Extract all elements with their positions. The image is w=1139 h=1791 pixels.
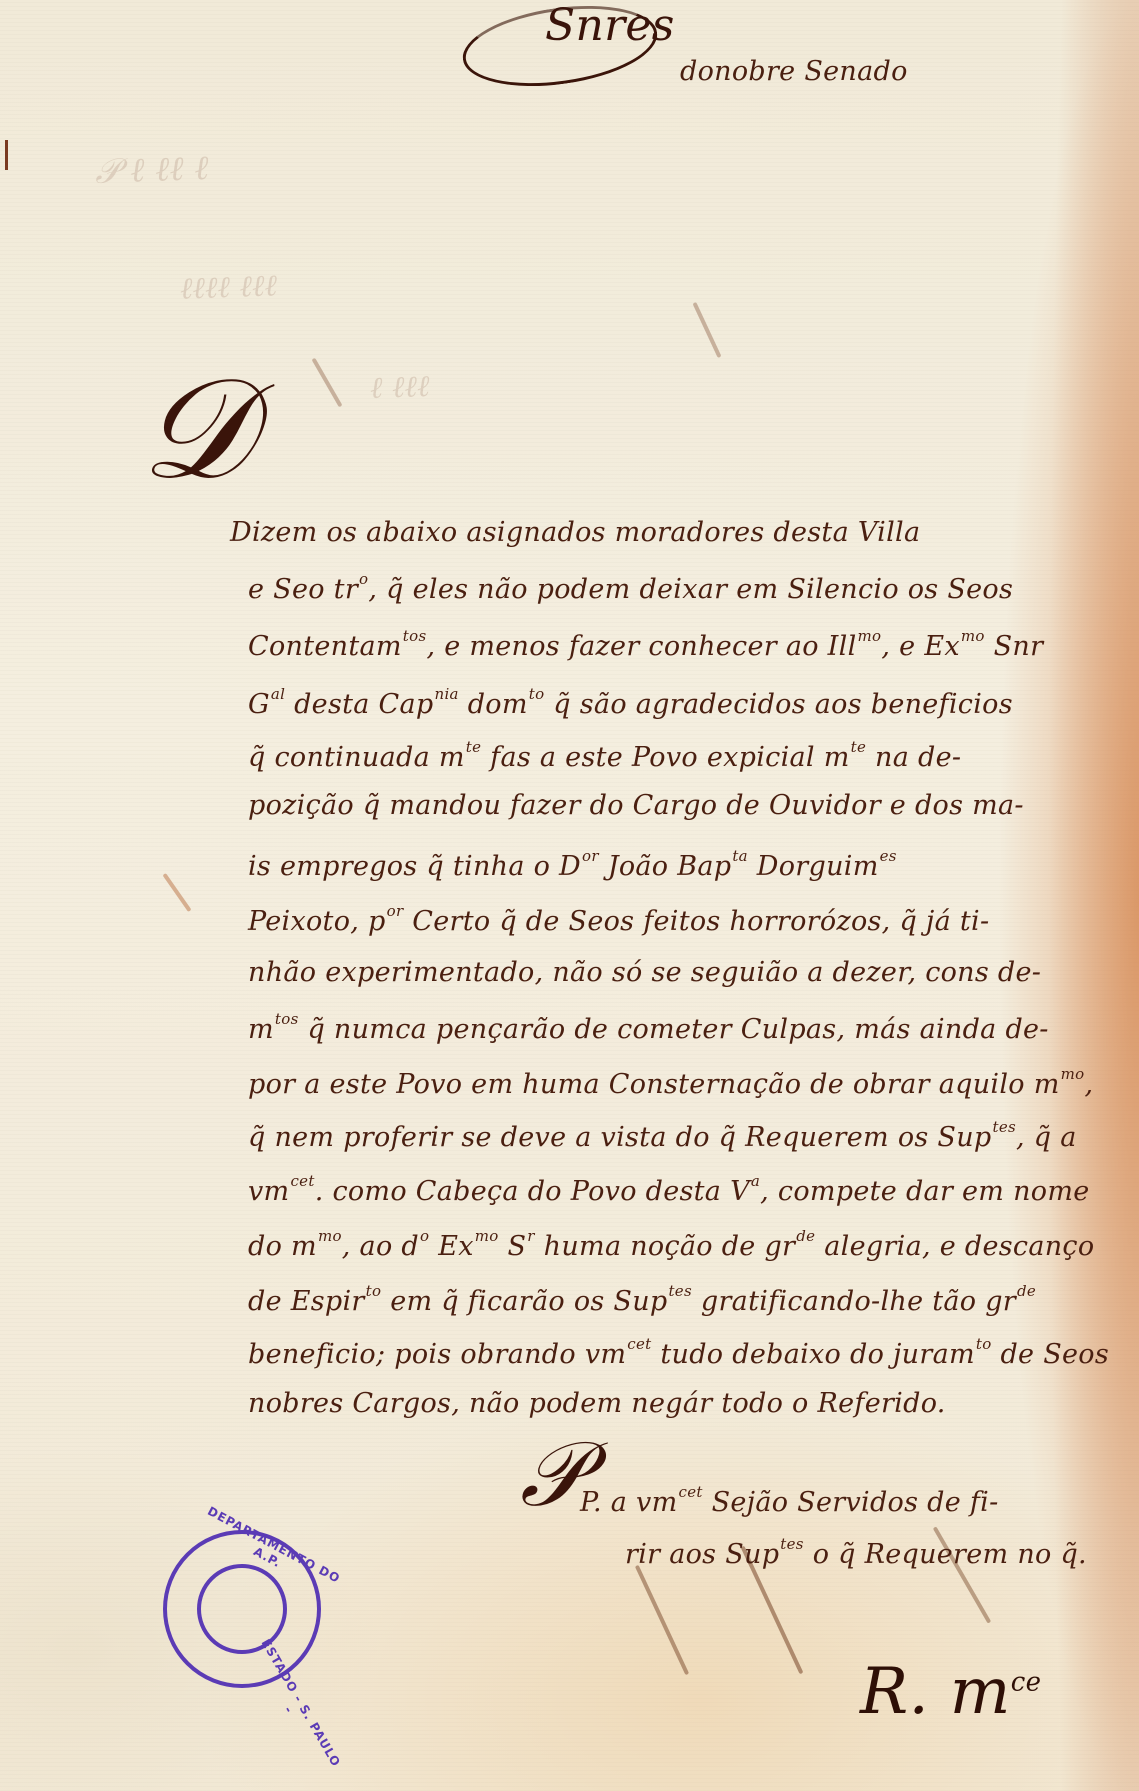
body-line: Peixoto, por Certo q̃ de Seos feitos hor… [248,902,989,937]
line-text: por a este Povo em huma Consternação de … [248,1069,1060,1100]
abbreviation-superscript: tes [993,1118,1017,1136]
body-line: por a este Povo em huma Consternação de … [248,1065,1093,1100]
abbreviation-superscript: or [582,847,599,865]
line-text: huma noção de gr [535,1231,795,1262]
closing-line: P. a vmcet Sejão Servidos de fi- [580,1483,999,1518]
address-line-1: Snres [545,0,675,51]
line-text: , q̃ eles não podem deixar em Silencio o… [368,574,1013,605]
line-text: e Seo tr [248,574,358,605]
body-line: mtos q̃ numca pençarão de cometer Culpas… [248,1010,1049,1045]
abbreviation-superscript: or [387,902,404,920]
line-text: do m [248,1231,317,1262]
line-text: desta Cap [285,689,433,720]
closing-initial: 𝒫 [520,1430,585,1520]
abbreviation-superscript: to [529,685,545,703]
line-text: beneficio; pois obrando vm [248,1339,626,1370]
body-line: pozição q̃ mandou fazer do Cargo de Ouvi… [248,790,1024,821]
line-text: , e menos fazer conhecer ao Ill [426,631,856,662]
body-line: nobres Cargos, não podem negár todo o Re… [248,1388,946,1419]
line-text: fas a este Povo expicial m [481,742,849,773]
line-text: q̃ são agradecidos aos beneficios [544,689,1012,720]
stamp-inner-ring [197,1564,287,1654]
abbreviation-superscript: mo [318,1227,342,1245]
line-text: , q̃ a [1016,1122,1077,1153]
abbreviation-superscript: es [880,847,897,865]
abbreviation-superscript: te [851,738,867,756]
line-text: na de- [866,742,961,773]
abbreviation-superscript: nia [435,685,459,703]
signature-text: R. m [860,1655,1011,1729]
line-text: gratificando-lhe tão gr [692,1286,1016,1317]
abbreviation-superscript: to [366,1282,382,1300]
line-text: Sejão Servidos de fi- [703,1487,999,1518]
body-line: Contentamtos, e menos fazer conhecer ao … [248,627,1043,662]
abbreviation-superscript: cet [627,1335,651,1353]
line-text: m [248,1014,274,1045]
line-text: , [1084,1069,1093,1100]
line-text: de Seos [992,1339,1109,1370]
abbreviation-superscript: r [527,1227,534,1245]
body-line: nhão experimentado, não só se seguião a … [248,957,1041,988]
abbreviation-superscript: tos [275,1010,299,1028]
line-text: o q̃ Requerem no q̃. [804,1539,1087,1570]
abbreviation-superscript: tes [780,1535,804,1553]
abbreviation-superscript: o [420,1227,429,1245]
body-line: q̃ nem proferir se deve a vista do q̃ Re… [248,1118,1077,1153]
line-text: rir aos Sup [625,1539,779,1570]
line-text: pozição q̃ mandou fazer do Cargo de Ouvi… [248,790,1024,821]
body-line: do mmo, ao do Exmo Sr huma noção de grde… [248,1227,1094,1262]
line-text: , ao d [342,1231,419,1262]
line-text: Certo q̃ de Seos feitos horrorózos, q̃ j… [403,906,989,937]
abbreviation-superscript: a [751,1172,760,1190]
line-text: Snr [985,631,1044,662]
line-text: q̃ numca pençarão de cometer Culpas, más… [299,1014,1049,1045]
bleed-through-mark: ℓ ℓℓℓ [369,369,430,406]
abbreviation-superscript: mo [1061,1065,1085,1083]
line-text: Dorguim [748,851,879,882]
abbreviation-superscript: ta [732,847,748,865]
decorative-initial: 𝒟 [140,360,252,500]
line-text: de Espir [248,1286,365,1317]
abbreviation-superscript: tes [668,1282,692,1300]
bleed-through-mark: 𝒫 ℓ ℓℓ ℓ [94,148,209,192]
abbreviation-superscript: cet [290,1172,314,1190]
line-text: tudo debaixo do juram [652,1339,975,1370]
abbreviation-superscript: o [359,570,368,588]
abbreviation-superscript: te [466,738,482,756]
line-text: , e Ex [881,631,959,662]
body-line: Dizem os abaixo asignados moradores dest… [230,517,920,548]
line-text: , compete dar em nome [760,1176,1089,1207]
line-text: q̃ nem proferir se deve a vista do q̃ Re… [248,1122,992,1153]
body-line: q̃ continuada mte fas a este Povo expici… [248,738,961,773]
body-line: is empregos q̃ tinha o Dor João Bapta Do… [248,847,897,882]
abbreviation-superscript: cet [679,1483,703,1501]
closing-line: rir aos Suptes o q̃ Requerem no q̃. [625,1535,1087,1570]
line-text: alegria, e descanço [815,1231,1094,1262]
abbreviation-superscript: mo [475,1227,499,1245]
line-text: q̃ continuada m [248,742,465,773]
bleed-through-mark: ℓℓℓℓ ℓℓℓ [179,268,277,306]
archive-stamp: DEPARTAMENTO DO A.P. ESTADO - S. PAULO - [163,1530,321,1688]
line-text: . como Cabeça do Povo desta V [315,1176,750,1207]
body-line: beneficio; pois obrando vmcet tudo debai… [248,1335,1109,1370]
line-text: dom [459,689,528,720]
line-text: Contentam [248,631,402,662]
address-line-2: donobre Senado [680,56,908,87]
line-text: vm [248,1176,289,1207]
line-text: P. a vm [580,1487,678,1518]
abbreviation-superscript: de [796,1227,815,1245]
abbreviation-superscript: mo [858,627,882,645]
abbreviation-superscript: to [976,1335,992,1353]
abbreviation-superscript: al [271,685,285,703]
abbreviation-superscript: de [1017,1282,1036,1300]
body-line: e Seo tro, q̃ eles não podem deixar em S… [248,570,1013,605]
line-text: João Bap [599,851,732,882]
line-text: Dizem os abaixo asignados moradores dest… [230,517,920,548]
line-text: is empregos q̃ tinha o D [248,851,581,882]
line-text: Peixoto, p [248,906,386,937]
line-text: nhão experimentado, não só se seguião a … [248,957,1041,988]
line-text: nobres Cargos, não podem negár todo o Re… [248,1388,946,1419]
line-text: em q̃ ficarão os Sup [381,1286,667,1317]
signature-sup: ce [1011,1668,1042,1698]
abbreviation-superscript: tos [403,627,427,645]
body-line: Gal desta Capnia domto q̃ são agradecido… [248,685,1013,720]
margin-mark [5,140,8,170]
body-line: vmcet. como Cabeça do Povo desta Va, com… [248,1172,1090,1207]
line-text: G [248,689,270,720]
body-line: de Espirto em q̃ ficarão os Suptes grati… [248,1282,1036,1317]
abbreviation-superscript: mo [961,627,985,645]
line-text: S [499,1231,527,1262]
line-text: Ex [429,1231,473,1262]
signature: R. mce [860,1655,1041,1729]
